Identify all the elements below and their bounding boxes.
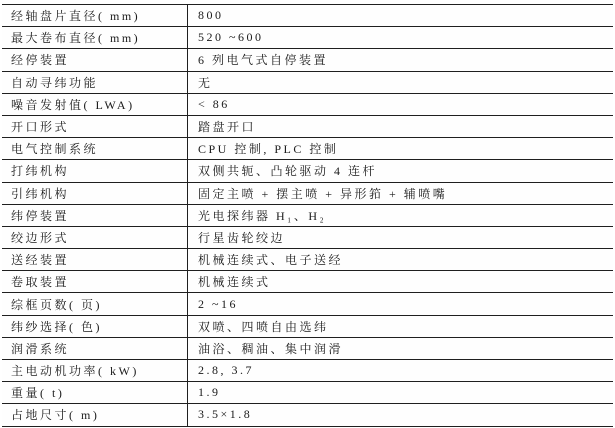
spec-value: < 86 <box>187 94 613 115</box>
spec-row: 电气控制系统 CPU 控制, PLC 控制 <box>2 138 613 160</box>
spec-row: 最大卷布直径( mm) 520 ~600 <box>2 27 613 49</box>
spec-row: 主电动机功率( kW) 2.8, 3.7 <box>2 360 613 382</box>
spec-row: 纬停装置 光电探纬器 H₁、H₂ <box>2 205 613 227</box>
spec-row: 纬纱选择( 色) 双喷、四喷自由选纬 <box>2 316 613 338</box>
spec-label: 最大卷布直径( mm) <box>2 27 187 48</box>
spec-value: 2.8, 3.7 <box>187 360 613 381</box>
spec-row: 开口形式 踏盘开口 <box>2 116 613 138</box>
spec-value: 800 <box>187 5 613 26</box>
spec-value: 6 列电气式自停装置 <box>187 49 613 70</box>
spec-value: 无 <box>187 72 613 93</box>
spec-label: 电气控制系统 <box>2 138 187 159</box>
spec-row: 综框页数( 页) 2 ~16 <box>2 293 613 315</box>
spec-value: 机械连续式、电子送经 <box>187 249 613 270</box>
spec-label: 润滑系统 <box>2 338 187 359</box>
spec-value: 520 ~600 <box>187 27 613 48</box>
spec-label: 自动寻纬功能 <box>2 72 187 93</box>
spec-value: 行星齿轮绞边 <box>187 227 613 248</box>
spec-row: 占地尺寸( m) 3.5×1.8 <box>2 404 613 426</box>
spec-label: 主电动机功率( kW) <box>2 360 187 381</box>
spec-value: 2 ~16 <box>187 293 613 314</box>
spec-label: 纬纱选择( 色) <box>2 316 187 337</box>
spec-row: 经轴盘片直径( mm) 800 <box>2 5 613 27</box>
spec-row: 打纬机构 双侧共轭、凸轮驱动 4 连杆 <box>2 160 613 182</box>
spec-row: 经停装置 6 列电气式自停装置 <box>2 49 613 71</box>
spec-value: 双喷、四喷自由选纬 <box>187 316 613 337</box>
spec-row: 卷取装置 机械连续式 <box>2 271 613 293</box>
spec-value: 机械连续式 <box>187 271 613 292</box>
spec-row: 绞边形式 行星齿轮绞边 <box>2 227 613 249</box>
spec-table: 经轴盘片直径( mm) 800 最大卷布直径( mm) 520 ~600 经停装… <box>2 4 613 427</box>
spec-label: 卷取装置 <box>2 271 187 292</box>
spec-label: 纬停装置 <box>2 205 187 226</box>
spec-label: 开口形式 <box>2 116 187 137</box>
spec-row: 润滑系统 油浴、稠油、集中润滑 <box>2 338 613 360</box>
spec-label: 绞边形式 <box>2 227 187 248</box>
spec-row: 自动寻纬功能 无 <box>2 72 613 94</box>
spec-value: 3.5×1.8 <box>187 404 613 425</box>
spec-label: 经轴盘片直径( mm) <box>2 5 187 26</box>
spec-value: 光电探纬器 H₁、H₂ <box>187 205 613 226</box>
spec-label: 打纬机构 <box>2 160 187 181</box>
spec-value: 踏盘开口 <box>187 116 613 137</box>
spec-label: 占地尺寸( m) <box>2 404 187 425</box>
spec-label: 噪音发射值( LWA) <box>2 94 187 115</box>
spec-label: 重量( t) <box>2 382 187 403</box>
spec-label: 送经装置 <box>2 249 187 270</box>
spec-row: 引纬机构 固定主喷 + 摆主喷 + 异形筘 + 辅喷嘴 <box>2 183 613 205</box>
spec-label: 经停装置 <box>2 49 187 70</box>
spec-value: 固定主喷 + 摆主喷 + 异形筘 + 辅喷嘴 <box>187 183 613 204</box>
spec-row: 噪音发射值( LWA) < 86 <box>2 94 613 116</box>
spec-value: 油浴、稠油、集中润滑 <box>187 338 613 359</box>
spec-value: CPU 控制, PLC 控制 <box>187 138 613 159</box>
spec-label: 引纬机构 <box>2 183 187 204</box>
spec-label: 综框页数( 页) <box>2 293 187 314</box>
spec-row: 送经装置 机械连续式、电子送经 <box>2 249 613 271</box>
spec-row: 重量( t) 1.9 <box>2 382 613 404</box>
spec-value: 双侧共轭、凸轮驱动 4 连杆 <box>187 160 613 181</box>
spec-value: 1.9 <box>187 382 613 403</box>
